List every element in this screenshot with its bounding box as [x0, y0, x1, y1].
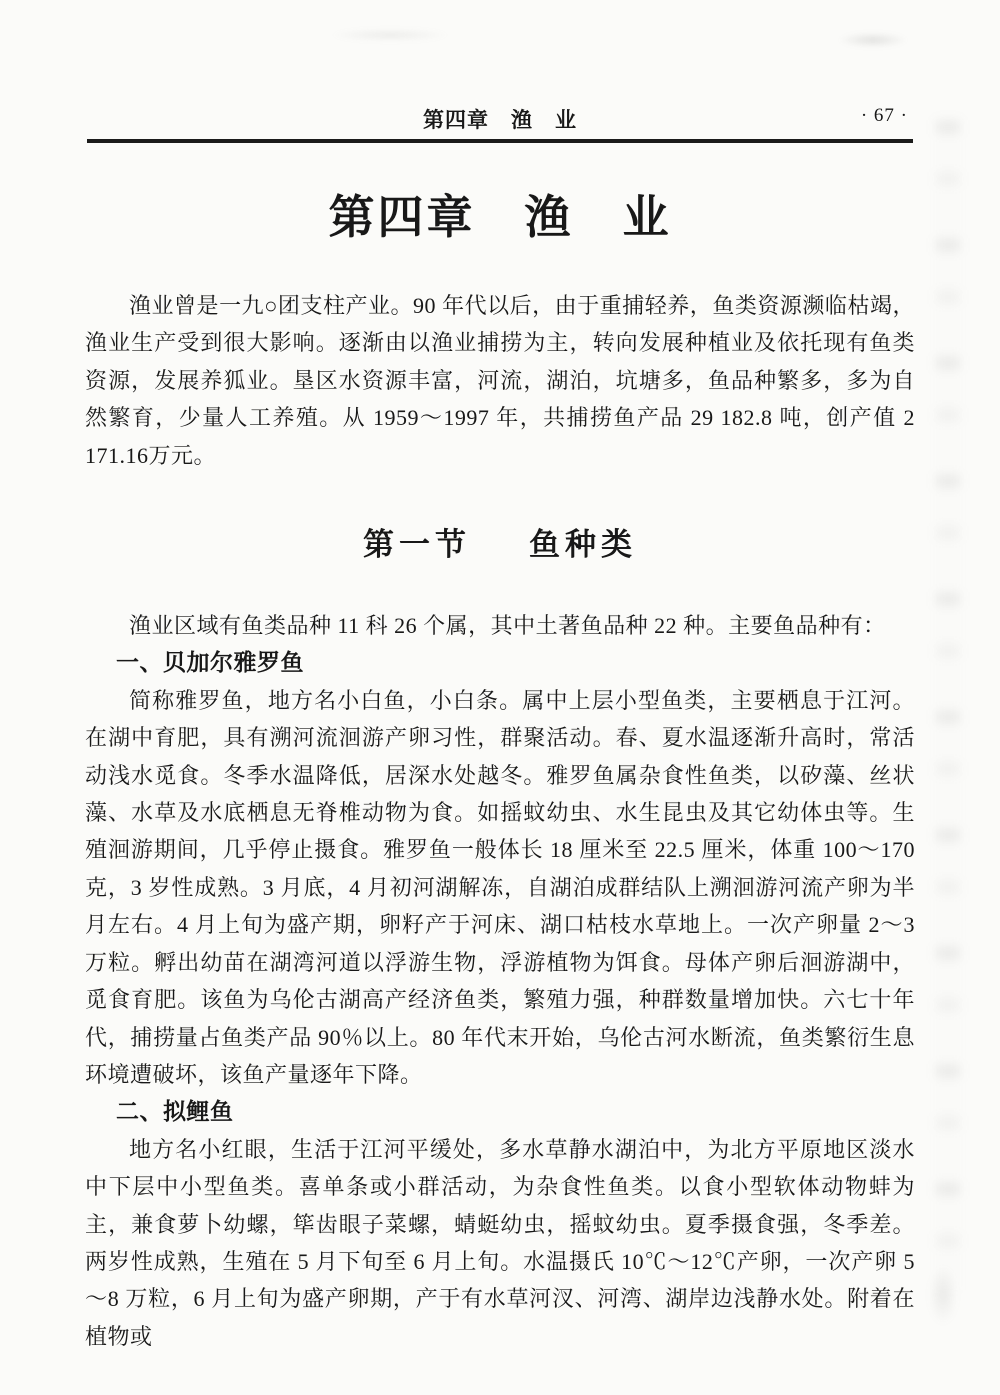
species-2-body: 地方名小红眼，生活于江河平缓处，多水草静水湖泊中，为北方平原地区淡水中下层中小型… [85, 1131, 915, 1355]
section-label: 第一节 [363, 527, 471, 562]
page-header: 第四章 渔 业 · 67 · [88, 104, 912, 134]
species-1-body: 简称雅罗鱼，地方名小白鱼，小白条。属中上层小型鱼类，主要栖息于江河。在湖中育肥，… [85, 682, 915, 1093]
page-number: · 67 · [861, 105, 908, 127]
species-2-heading: 二、拟鲤鱼 [85, 1093, 915, 1130]
scanned-book-page: 第四章 渔 业 · 67 · 第四章 渔 业 渔业曾是一九○团支柱产业。90 年… [0, 0, 1000, 1395]
intro-paragraph: 渔业曾是一九○团支柱产业。90 年代以后，由于重捕轻养，鱼类资源濒临枯竭，渔业生… [85, 287, 915, 474]
species-1-heading: 一、贝加尔雅罗鱼 [85, 644, 915, 681]
scan-artifact [928, 1265, 958, 1325]
scan-artifact [838, 32, 908, 48]
running-title: 第四章 渔 业 [423, 104, 577, 134]
section-title: 第一节鱼种类 [0, 525, 1000, 565]
chapter-title: 第四章 渔 业 [0, 189, 1000, 247]
section-intro-paragraph: 渔业区域有鱼类品种 11 科 26 个属，其中土著鱼品种 22 种。主要鱼品种有… [85, 607, 915, 644]
scan-artifact [936, 120, 960, 1290]
header-rule [87, 139, 913, 143]
scan-artifact [330, 28, 450, 42]
section-name: 鱼种类 [529, 527, 637, 562]
